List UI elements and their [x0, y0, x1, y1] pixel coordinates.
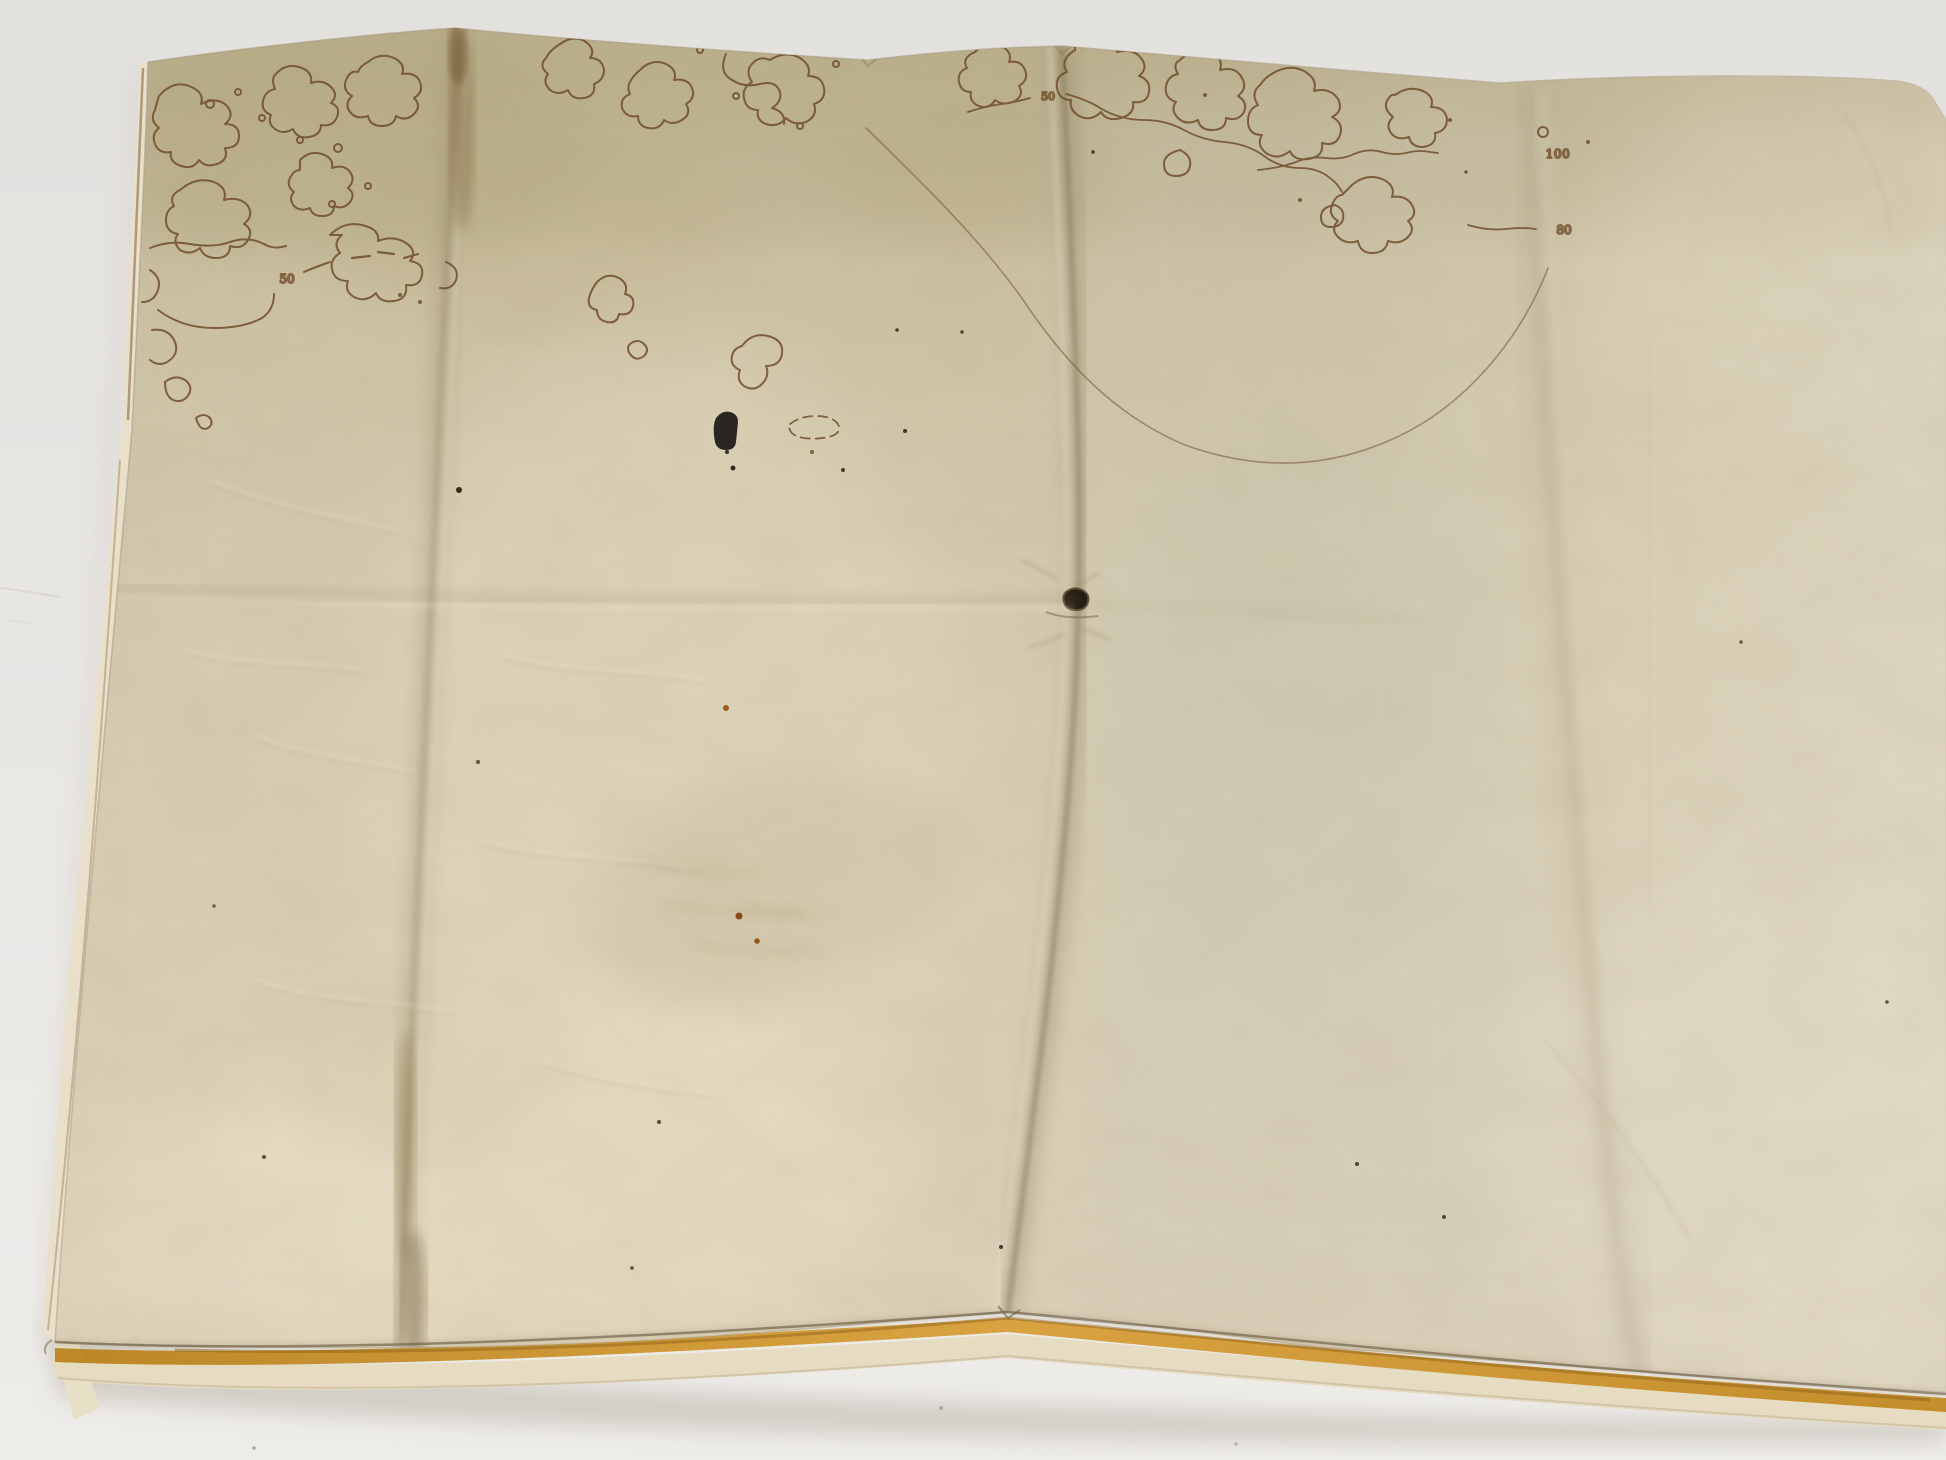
- contour-depth-label: 50: [279, 272, 294, 286]
- ink-blot: [714, 412, 738, 450]
- photo-canvas: 50 50 100 80: [0, 0, 1946, 1460]
- pin-hole: [456, 487, 462, 493]
- contour-depth-label: 80: [1556, 223, 1571, 237]
- contour-depth-label: 50: [1041, 90, 1055, 103]
- photo-of-folded-antique-chart: 50 50 100 80: [0, 0, 1946, 1460]
- contour-depth-label: 100: [1546, 147, 1570, 161]
- paper-grain: [30, 20, 1946, 1420]
